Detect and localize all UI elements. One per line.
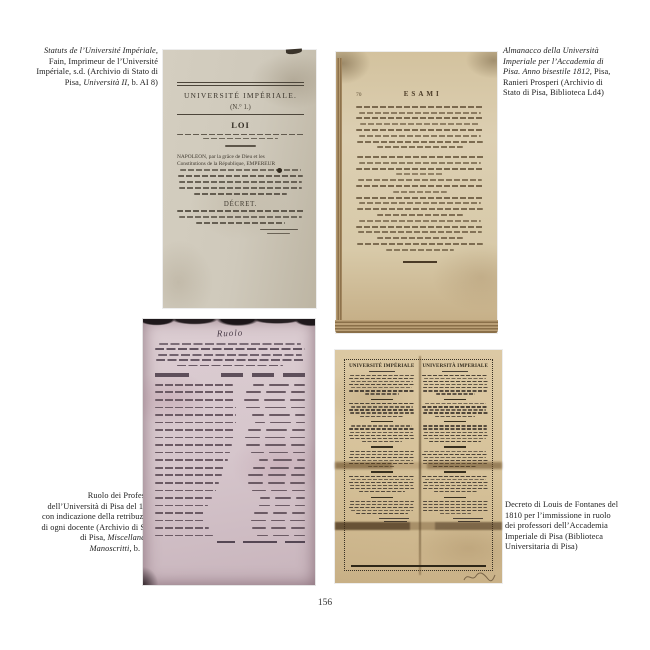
text-line (351, 425, 412, 426)
text-line (424, 457, 486, 458)
loi-paragraph-lines (177, 168, 304, 197)
text-line (425, 403, 486, 404)
text-line (424, 432, 487, 433)
text-line (349, 409, 414, 410)
ledger-number-stroke (290, 399, 305, 401)
text-line (356, 106, 483, 108)
ledger-number-stroke (294, 467, 305, 469)
text-line (177, 365, 282, 367)
caption-ruolo: Ruolo dei Professori dell’Università di … (36, 491, 158, 555)
ledger-number-stroke (259, 459, 268, 461)
ledger-name-stroke (155, 391, 234, 393)
ledger-row (155, 404, 305, 412)
text-line (423, 460, 488, 461)
decree-left-header: UNIVERSITÉ IMPÉRIALE (349, 364, 414, 369)
ledger-number-stroke (270, 467, 289, 469)
header-underline (442, 371, 468, 372)
ledger-row (155, 517, 305, 525)
caption-segment: Almanacco della Università Imperiale per… (503, 46, 604, 76)
ledger-number-stroke (269, 452, 289, 454)
ruolo-title: Ruolo (155, 325, 305, 340)
loi-date-line (225, 145, 255, 146)
text-line (423, 488, 488, 489)
text-line (422, 476, 488, 477)
text-line (377, 237, 463, 239)
text-line (359, 135, 482, 137)
imprint-line (351, 565, 486, 567)
text-line (424, 485, 487, 486)
ledger-number-stroke (295, 505, 305, 507)
text-line (351, 381, 413, 382)
ledger-row (155, 396, 305, 404)
text-line (351, 387, 412, 388)
text-line (351, 479, 413, 480)
ledger-name-stroke (155, 429, 235, 431)
ledger-row (155, 449, 305, 457)
text-line (357, 156, 484, 158)
text-line (423, 435, 488, 436)
ledger-row (155, 388, 305, 396)
caption-segment: Decreto di Louis de Fontanes del 1810 pe… (505, 500, 618, 551)
decree-text-block (349, 402, 414, 417)
ledger-row (155, 479, 305, 487)
text-line (349, 384, 414, 385)
text-line (440, 513, 471, 514)
text-line (356, 117, 484, 119)
decree-text-block (422, 500, 488, 515)
signature-line (379, 518, 409, 519)
ledger-number-stroke (265, 444, 285, 446)
caption-statuts: Statuts de l’Université Impériale, Fain,… (36, 46, 158, 88)
ledger-row (155, 419, 305, 427)
ledger-row (155, 426, 305, 434)
text-line (357, 208, 483, 210)
ledger-number-stroke (275, 505, 290, 507)
ledger-col-label (221, 373, 243, 377)
decree-column-left: UNIVERSITÉ IMPÉRIALE (349, 364, 414, 522)
header-underline (369, 371, 395, 372)
text-line (423, 387, 488, 388)
ledger-number-stroke (291, 527, 305, 529)
ledger-number-stroke (260, 497, 270, 499)
text-line (386, 249, 453, 251)
ledger-number-stroke (296, 422, 305, 424)
decree-text-block (349, 424, 414, 442)
book-page-edges-bottom (335, 320, 498, 333)
caption-segment: , b. AI 8) (127, 78, 158, 87)
ledger-number-stroke (292, 490, 305, 492)
ledger-number-stroke (266, 429, 287, 431)
ledger-name-stroke (155, 512, 205, 514)
esami-paragraph-4 (356, 195, 484, 218)
ledger-number-stroke (248, 474, 262, 476)
ledger-number-stroke (295, 414, 305, 416)
decree-text-block (349, 374, 414, 395)
esami-page-content: 70 ESAMI (356, 52, 484, 263)
text-line (350, 488, 414, 489)
text-line (396, 173, 444, 175)
text-line (356, 185, 484, 187)
ledger-name-stroke (155, 490, 216, 492)
ledger-number-stroke (290, 520, 305, 522)
ledger-number-stroke (251, 520, 266, 522)
image-decreto-fontanes-broadside: UNIVERSITÉ IMPÉRIALE UNIVERSITÀ IMPERIAL… (335, 350, 502, 583)
ledger-name-stroke (155, 527, 209, 529)
ledger-number-stroke (297, 459, 305, 461)
text-line (349, 403, 414, 404)
signature-line (260, 229, 298, 230)
loi-number: (N.° 1.) (177, 104, 304, 111)
ledger-row (155, 532, 305, 540)
ledger-row (155, 487, 305, 495)
caption-almanacco: Almanacco della Università Imperiale per… (503, 46, 616, 99)
ledger-number-stroke (254, 512, 268, 514)
ledger-number-stroke (257, 535, 269, 537)
text-line (423, 390, 487, 391)
ledger-number-stroke (291, 444, 305, 446)
text-line (424, 384, 487, 385)
ledger-number-stroke (273, 459, 292, 461)
ledger-intro-lines (155, 341, 305, 368)
ledger-number-stroke (251, 452, 263, 454)
ledger-column-headers (155, 373, 305, 377)
text-line (350, 451, 414, 452)
ledger-number-stroke (269, 414, 290, 416)
text-line (350, 501, 414, 502)
book-page: Statuts de l’Université Impériale, Fain,… (0, 0, 650, 650)
text-line (424, 438, 486, 439)
decree-text-block (422, 424, 488, 442)
ledger-row (155, 502, 305, 510)
text-line (434, 491, 477, 492)
ledger-number-stroke (252, 527, 266, 529)
ledger-row (155, 494, 305, 502)
ledger-name-stroke (155, 505, 208, 507)
text-line (156, 359, 303, 361)
text-line (194, 193, 288, 195)
ledger-row (155, 456, 305, 464)
section-rule (444, 446, 466, 447)
section-rule (371, 399, 393, 400)
ledger-number-stroke (264, 399, 285, 401)
ledger-number-stroke (269, 384, 289, 386)
section-rule (444, 471, 466, 472)
ledger-row (155, 381, 305, 389)
text-line (359, 202, 482, 204)
text-line (377, 146, 463, 148)
text-line (350, 432, 413, 433)
image-statuts-loi-page: UNIVERSITÉ IMPÉRIALE. (N.° 1.) LOI NAPOL… (163, 50, 316, 308)
image-ruolo-professori-ledger: Ruolo (143, 319, 315, 585)
text-line (359, 491, 405, 492)
text-line (357, 141, 483, 143)
text-line (359, 162, 481, 164)
text-line (350, 438, 414, 439)
ledger-name-stroke (155, 474, 222, 476)
ledger-number-stroke (265, 407, 286, 409)
loi-subtitle-lines (177, 133, 304, 141)
decree-text-block (422, 402, 488, 417)
text-line (422, 375, 488, 376)
text-line (424, 378, 486, 379)
section-rule (371, 497, 393, 498)
ledger-number-stroke (290, 437, 305, 439)
ledger-number-stroke (248, 429, 261, 431)
ledger-number-stroke (268, 474, 286, 476)
text-line (349, 482, 414, 483)
ledger-number-stroke (294, 535, 305, 537)
ledger-number-stroke (255, 422, 265, 424)
book-page-edges-left (336, 58, 342, 323)
ledger-number-stroke (244, 399, 259, 401)
ledger-number-stroke (275, 497, 291, 499)
page-number: 156 (0, 598, 650, 608)
ledger-number-stroke (292, 429, 305, 431)
ledger-name-stroke (155, 482, 219, 484)
text-line (360, 416, 403, 417)
caption-segment: Statuts de l’Université Impériale (44, 46, 156, 55)
text-line (423, 425, 487, 426)
text-line (349, 507, 414, 508)
ledger-number-stroke (273, 535, 289, 537)
ledger-row (155, 434, 305, 442)
text-line (177, 134, 303, 136)
text-line (179, 181, 303, 183)
end-rule (403, 261, 437, 263)
loi-header: UNIVERSITÉ IMPÉRIALE. (177, 91, 304, 100)
ledger-number-stroke (253, 467, 265, 469)
decree-text-block (422, 374, 488, 395)
ledger-name-stroke (155, 407, 236, 409)
ledger-name-stroke (155, 497, 212, 499)
text-line (362, 441, 402, 442)
text-line (358, 231, 482, 233)
text-line (423, 381, 488, 382)
esami-paragraph-3 (356, 177, 484, 194)
esami-paragraph-2 (356, 154, 484, 177)
text-line (424, 409, 486, 410)
text-line (429, 441, 481, 442)
napoleon-line-1: NAPOLÉON, par la grâce de Dieu et les (177, 154, 304, 160)
ledger-row (155, 524, 305, 532)
decree-text-block (422, 475, 488, 493)
ledger-name-stroke (155, 452, 230, 454)
ledger-number-stroke (270, 422, 291, 424)
esami-paragraph-1 (356, 104, 484, 150)
text-line (203, 138, 277, 140)
vertical-crease (419, 356, 421, 575)
text-line (425, 479, 486, 480)
ledger-number-stroke (291, 391, 305, 393)
text-line (350, 485, 413, 486)
ledger-number-stroke (246, 444, 261, 446)
dark-corner (143, 559, 163, 585)
text-line (360, 123, 480, 125)
text-line (350, 454, 413, 455)
section-rule (371, 471, 393, 472)
double-rule (177, 82, 304, 86)
text-line (424, 451, 485, 452)
text-line (423, 428, 488, 429)
ledger-number-stroke (293, 452, 305, 454)
text-line (423, 501, 488, 502)
text-line (377, 214, 463, 216)
loi-title: LOI (177, 120, 304, 130)
text-line (359, 112, 480, 114)
text-line (356, 226, 483, 228)
ledger-name-stroke (155, 444, 232, 446)
esami-paragraph-5 (356, 218, 484, 241)
decree-right-header: UNIVERSITÀ IMPERIALE (422, 364, 488, 369)
text-line (158, 354, 303, 356)
ledger-name-stroke (155, 467, 225, 469)
text-line (435, 416, 475, 417)
ledger-number-stroke (252, 414, 263, 416)
ledger-name-stroke (155, 437, 234, 439)
text-line (365, 393, 399, 394)
text-line (350, 504, 413, 505)
signature-line-2 (267, 233, 290, 234)
text-line (350, 412, 414, 413)
signature-line (453, 518, 483, 519)
decret-paragraph-lines (177, 208, 304, 225)
single-rule (177, 114, 304, 115)
caption-segment: Università II (83, 78, 127, 87)
loi-page-content: UNIVERSITÉ IMPÉRIALE. (N.° 1.) LOI NAPOL… (177, 50, 304, 234)
esami-paragraph-6 (356, 241, 484, 253)
text-line (422, 406, 488, 407)
text-line (423, 482, 488, 483)
text-line (356, 129, 484, 131)
text-line (349, 390, 414, 391)
text-line (359, 220, 480, 222)
text-line (349, 435, 414, 436)
text-line (356, 197, 484, 199)
ledger-row (155, 411, 305, 419)
text-line (351, 510, 413, 511)
ledger-row (155, 441, 305, 449)
section-rule (444, 421, 466, 422)
ledger-number-stroke (271, 490, 287, 492)
section-rule (444, 497, 466, 498)
ledger-row (155, 509, 305, 517)
ledger-number-stroke (290, 482, 305, 484)
ledger-total-row (155, 541, 305, 543)
text-line (351, 460, 413, 461)
text-line (356, 513, 408, 514)
ledger-number-stroke (292, 512, 305, 514)
text-line (179, 187, 303, 189)
decree-text-block (349, 500, 414, 515)
text-line (423, 510, 488, 511)
section-rule (371, 446, 393, 447)
ledger-name-stroke (155, 422, 236, 424)
text-line (349, 476, 414, 477)
ledger-name-stroke (155, 414, 236, 416)
ledger-number-stroke (259, 505, 270, 507)
text-line (422, 454, 488, 455)
ledger-col-label (252, 373, 274, 377)
ledger-number-stroke (271, 527, 286, 529)
ledger-name-stroke (155, 520, 205, 522)
text-line (349, 457, 414, 458)
text-line (436, 393, 475, 394)
handwritten-mark (462, 570, 496, 584)
text-line (423, 507, 487, 508)
decret-heading: DÉCRET. (177, 201, 304, 208)
ledger-row (155, 464, 305, 472)
ledger-number-stroke (246, 391, 260, 393)
ledger-number-stroke (294, 384, 305, 386)
ledger-number-stroke (291, 474, 305, 476)
ledger-name-stroke (155, 399, 235, 401)
text-line (159, 343, 301, 345)
text-line (358, 179, 481, 181)
ledger-name-stroke (155, 459, 228, 461)
ledger-name-stroke (155, 535, 213, 537)
esami-title: ESAMI (362, 90, 485, 98)
ledger-col-label (283, 373, 305, 377)
text-line (357, 243, 484, 245)
ledger-number-stroke (266, 391, 287, 393)
text-line (356, 168, 484, 170)
ledger-number-stroke (265, 437, 285, 439)
ledger-number-stroke (252, 490, 265, 492)
text-line (196, 222, 285, 224)
ledger-rows (155, 381, 305, 539)
ink-spot (277, 168, 282, 173)
ledger-col-label (155, 373, 189, 377)
ledger-content: Ruolo (155, 319, 305, 543)
image-almanacco-esami-page: 70 ESAMI (336, 52, 497, 333)
text-line (180, 169, 301, 171)
ledger-number-stroke (296, 497, 305, 499)
ledger-number-stroke (253, 384, 264, 386)
text-line (177, 210, 304, 212)
text-line (179, 216, 301, 218)
ledger-number-stroke (245, 437, 260, 439)
ledger-name-stroke (155, 384, 233, 386)
text-line (155, 348, 304, 350)
section-rule (371, 421, 393, 422)
text-line (350, 375, 414, 376)
section-rule (444, 399, 466, 400)
ledger-number-stroke (271, 520, 285, 522)
ledger-number-stroke (291, 407, 305, 409)
decree-text-block (349, 475, 414, 493)
text-line (178, 175, 304, 177)
decree-column-right: UNIVERSITÀ IMPERIALE (422, 364, 488, 522)
text-line (349, 428, 414, 429)
text-line (349, 378, 414, 379)
ledger-row (155, 472, 305, 480)
text-line (393, 191, 447, 193)
caption-decreto: Decreto di Louis de Fontanes del 1810 pe… (505, 500, 623, 553)
ledger-number-stroke (246, 407, 260, 409)
ledger-number-stroke (268, 482, 285, 484)
ledger-number-stroke (248, 482, 263, 484)
text-line (351, 406, 413, 407)
ledger-number-stroke (273, 512, 287, 514)
text-line (423, 504, 487, 505)
text-line (423, 412, 488, 413)
